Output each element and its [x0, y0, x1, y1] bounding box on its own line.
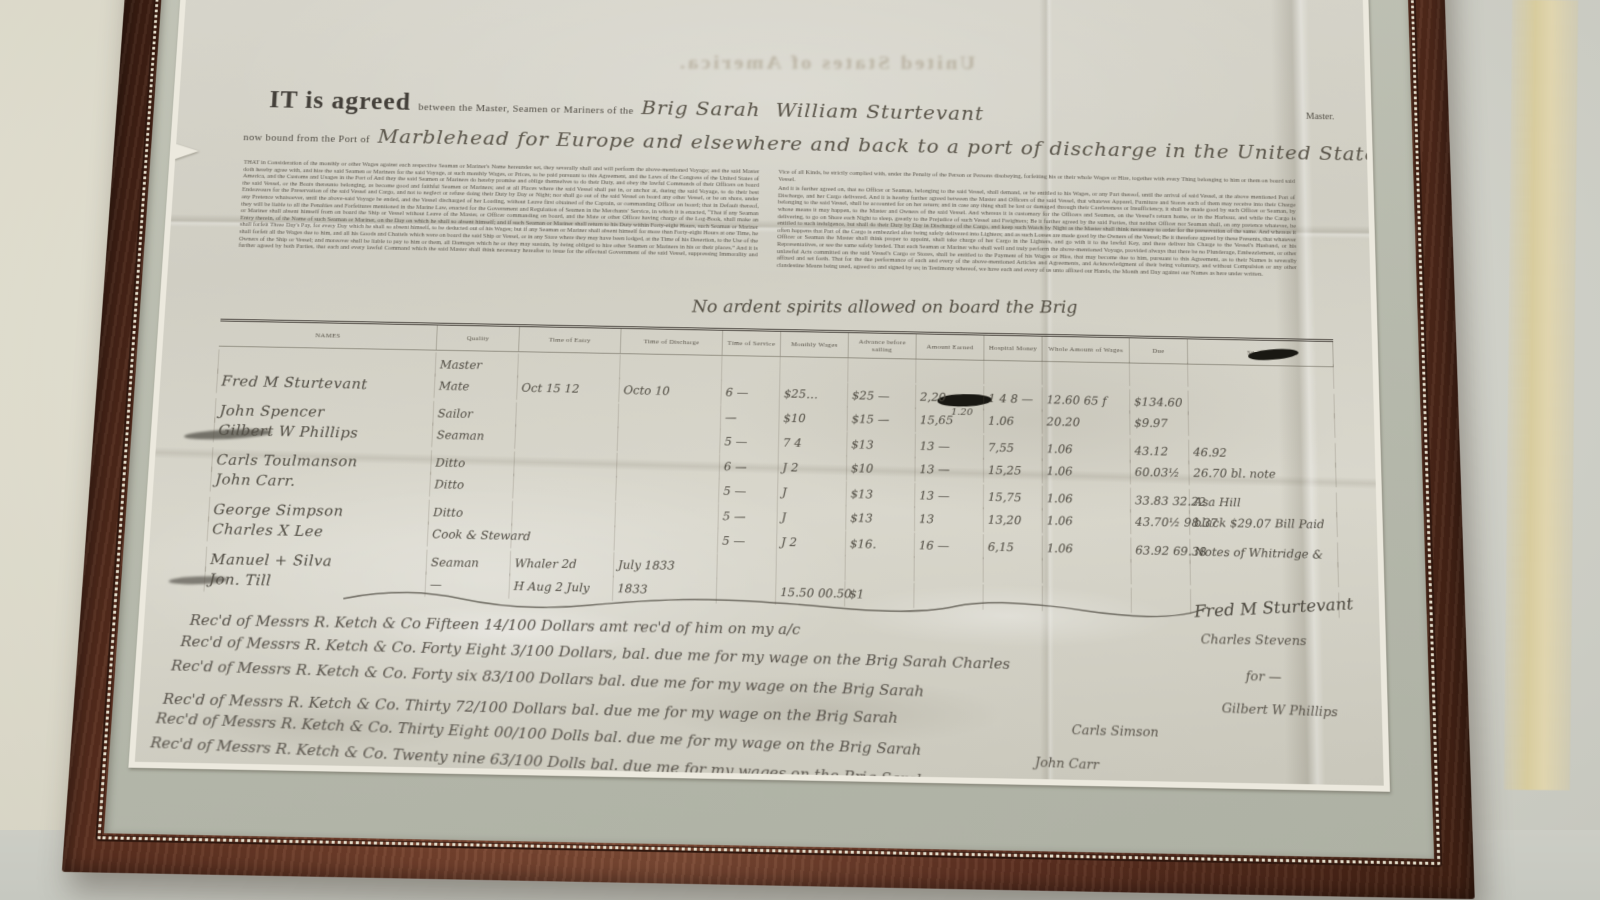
fine-print-column-2: And it is further agreed on, that no Off…: [777, 185, 1297, 278]
cell-name: John Carr.: [210, 467, 432, 497]
cell-monthly-wages: J 2: [777, 529, 846, 556]
cell-service: [717, 554, 777, 580]
picture-frame: United States of America. IT is agreed b…: [62, 0, 1475, 899]
cell-advance: $16.: [846, 531, 915, 558]
receipt-signature: Carls Simson: [1072, 723, 1159, 740]
paper-tear: [173, 143, 199, 160]
cell-advance: $10: [847, 456, 916, 482]
cell-earned: [915, 556, 984, 582]
cell-advance: $15 —: [848, 407, 916, 432]
cell-advance: $13: [846, 481, 915, 507]
cell-name: Charles X Lee: [207, 516, 429, 546]
cell-advance: [846, 555, 915, 581]
cell-earned: 13 —: [915, 483, 984, 509]
cell-whole-wages: 1.06: [1043, 508, 1132, 534]
receipt-notes: Rec'd of Messrs R. Ketch & Co Fifteen 14…: [166, 609, 1351, 786]
column-header: Amount Earned: [916, 334, 984, 360]
cell-monthly-wages: J 2: [778, 455, 847, 481]
column-header: Advance before sailing: [849, 333, 917, 359]
receipt-text: Rec'd of Messrs R. Ketch & Co. Thirty — …: [166, 780, 915, 785]
master-label: Master.: [1306, 112, 1335, 122]
cell-quality: Seaman: [432, 422, 516, 449]
column-header: NAMES: [219, 321, 438, 349]
cell-whole-wages: 1.06: [1043, 459, 1131, 485]
it-is-agreed-text: IT is agreed: [269, 86, 412, 116]
cell-entry: [515, 424, 618, 451]
cell-service: —: [721, 405, 780, 430]
cell-advance: $25 —: [848, 383, 916, 409]
cell-sundries: [1189, 411, 1336, 438]
cell-discharge: [615, 526, 719, 553]
cell-service: 5 —: [719, 504, 778, 530]
cell-advance: $13: [846, 505, 915, 531]
cell-service: 5 —: [719, 478, 778, 504]
crew-table: NAMESQualityTime of EntryTime of Dischar…: [203, 319, 1339, 616]
cell-earned: 13 —: [915, 457, 984, 483]
document-paper: United States of America. IT is agreed b…: [135, 0, 1384, 786]
cell-monthly-wages: 15.50 00.50: [776, 580, 846, 607]
cell-monthly-wages: [777, 554, 846, 580]
cell-whole-wages: 20.20: [1043, 409, 1131, 435]
cell-entry: Oct 15 12: [517, 375, 620, 402]
cell-due: 60.03½: [1131, 460, 1190, 486]
cell-hospital: 13,20: [984, 507, 1043, 533]
cell-earned: [916, 359, 984, 384]
cell-quality: Mate: [434, 374, 518, 400]
voyage-description-handwritten: Marblehead for Europe and elsewhere and …: [377, 125, 1384, 165]
column-header: Whole Amount of Wages: [1043, 337, 1130, 363]
cell-earned: 2,20: [916, 384, 984, 410]
cell-sundries: 26.70 bl. note: [1189, 461, 1336, 488]
receipt-signature: John Carr: [1035, 756, 1099, 774]
cell-due: [1130, 362, 1189, 387]
column-header: Time of Entry: [519, 327, 621, 353]
master-name-handwritten: William Sturtevant: [775, 99, 983, 124]
cell-sundries: [1188, 362, 1334, 388]
cell-discharge: [618, 404, 721, 430]
cell-earned: 15,65: [916, 408, 984, 433]
cell-earned: [914, 583, 983, 610]
cell-whole-wages: [1043, 586, 1132, 613]
cell-discharge: 1833: [613, 576, 717, 604]
cell-monthly-wages: $25…: [780, 381, 849, 407]
cell-service: 5 —: [720, 429, 779, 455]
bleed-through-ghost-text: United States of America.: [466, 50, 1187, 74]
column-header: Due: [1130, 338, 1188, 363]
receipt-signature: Charles Stevens: [1201, 633, 1307, 649]
cell-entry: [511, 523, 615, 550]
cell-discharge: July 1833: [614, 552, 718, 579]
cell-sundries: [1191, 560, 1340, 587]
cell-discharge: Octo 10: [619, 378, 722, 405]
cell-name: Fred M Sturtevant: [216, 369, 436, 398]
cell-earned: 16 —: [915, 533, 984, 560]
column-header: Quality: [437, 325, 520, 351]
cell-advance: $13: [847, 432, 916, 458]
bound-print-text: now bound from the Port of: [243, 132, 370, 145]
column-header: Time of Service: [723, 331, 782, 356]
column-header: Monthly Wages: [781, 332, 849, 358]
receipt-signature: for —: [1246, 670, 1282, 686]
cell-whole-wages: [1043, 361, 1131, 387]
cell-service: 6 —: [721, 380, 780, 406]
mat-board: United States of America. IT is agreed b…: [104, 0, 1434, 859]
cell-due: [1131, 559, 1191, 585]
column-header: Time of Discharge: [621, 329, 723, 355]
cell-hospital: [983, 584, 1042, 611]
receipt-line: Rec'd of Messrs R. Ketch & Co. Thirty — …: [166, 780, 1351, 785]
agreement-opening-line: IT is agreed between the Master, Seamen …: [269, 86, 984, 127]
cell-monthly-wages: J: [777, 505, 846, 531]
cell-service: [722, 356, 781, 381]
cell-discharge: [617, 453, 720, 479]
cell-advance: [848, 358, 916, 383]
cell-discharge: [618, 427, 721, 454]
cell-quality: Ditto: [430, 472, 514, 499]
bound-from-line: now bound from the Port of Marblehead fo…: [243, 123, 1384, 166]
cell-hospital: 1.06: [984, 409, 1043, 434]
cell-whole-wages: [1043, 558, 1132, 584]
cell-monthly-wages: $10: [779, 406, 847, 431]
cell-quality: Cook & Steward: [428, 521, 513, 548]
cell-monthly-wages: J: [778, 480, 847, 506]
cell-hospital: [984, 360, 1042, 385]
spirits-note-handwritten: No ardent spirits allowed on board the B…: [692, 297, 1078, 317]
cell-service: 5 —: [718, 528, 778, 554]
cell-service: [717, 578, 777, 605]
cell-service: 6 —: [720, 454, 779, 480]
cell-monthly-wages: [780, 357, 848, 382]
cell-name: Jon. Till: [203, 566, 426, 596]
cell-entry: [513, 474, 617, 501]
cell-hospital: [984, 557, 1043, 583]
cell-due: [1132, 588, 1191, 615]
cell-sundries: black $29.07 Bill Paid: [1190, 510, 1338, 537]
cell-earned: 13: [915, 506, 984, 532]
cell-discharge: [616, 476, 720, 503]
cell-discharge: [620, 355, 722, 381]
cell-hospital: 15,25: [984, 458, 1043, 484]
photo-of-framed-document: { "scene": { "frame_wood_color": "#5c302…: [0, 0, 1600, 900]
column-header: Hospital Money: [984, 336, 1042, 361]
cell-discharge: [615, 502, 719, 528]
cell-monthly-wages: 7 4: [779, 430, 848, 456]
tape-strip: [1504, 0, 1578, 790]
cell-due: $9.97: [1130, 411, 1189, 436]
cell-earned: 13 —: [916, 434, 985, 460]
between-clause-text: between the Master, Seamen or Mariners o…: [418, 102, 634, 117]
cell-sundries: [1191, 589, 1340, 618]
vessel-name-handwritten: Brig Sarah: [641, 97, 761, 121]
mat-bevel: United States of America. IT is agreed b…: [128, 0, 1390, 792]
cell-name: Gilbert W Phillips: [213, 417, 434, 447]
cell-advance: $1: [845, 581, 915, 608]
cell-entry: H Aug 2 July: [509, 573, 614, 601]
crew-table-body: 1.20 Fred M Sturtevant Master: [203, 347, 1339, 616]
cell-quality: —: [425, 572, 510, 599]
cell-due: 43.70½ 98.37: [1131, 509, 1190, 535]
